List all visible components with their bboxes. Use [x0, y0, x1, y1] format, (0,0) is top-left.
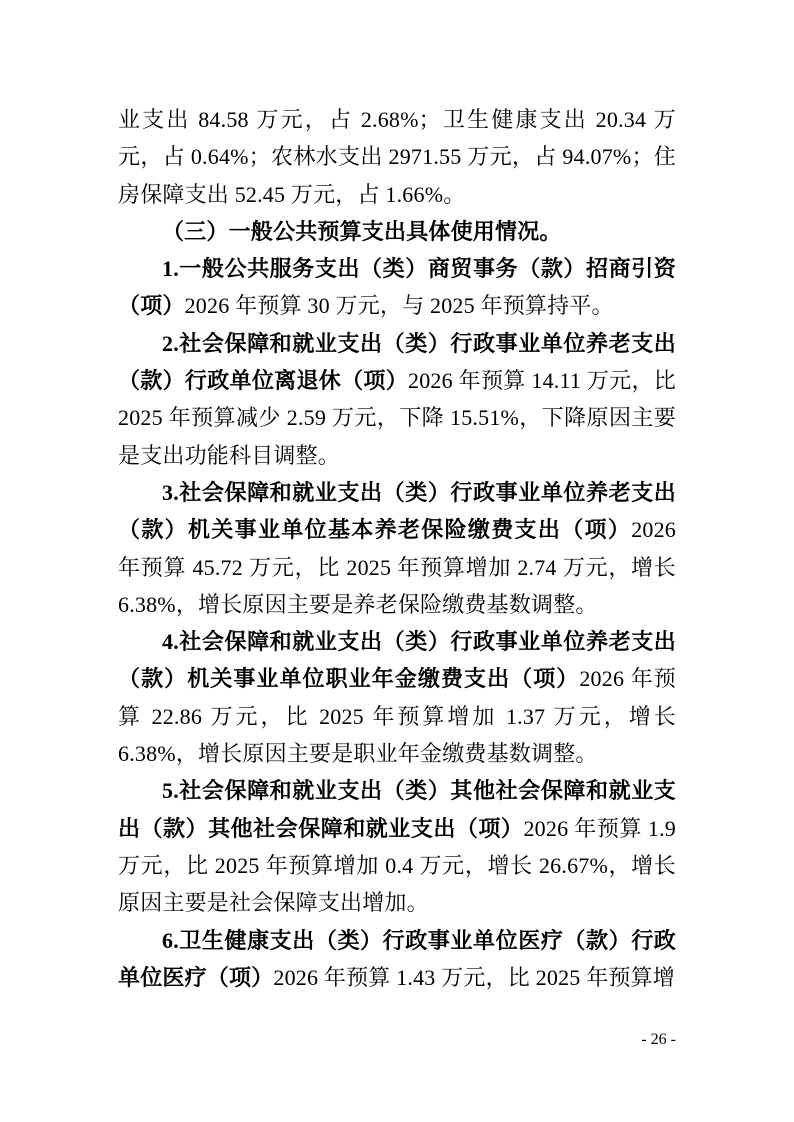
- paragraph-item-5: 5.社会保障和就业支出（类）其他社会保障和就业支出（款）其他社会保障和就业支出（…: [118, 772, 676, 921]
- paragraph-item-4: 4.社会保障和就业支出（类）行政事业单位养老支出（款）机关事业单位职业年金缴费支…: [118, 623, 676, 772]
- paragraph-carryover-expense-shares: 业支出 84.58 万元，占 2.68%；卫生健康支出 20.34 万元，占 0…: [118, 101, 676, 213]
- document-page: 业支出 84.58 万元，占 2.68%；卫生健康支出 20.34 万元，占 0…: [0, 0, 794, 1122]
- paragraph-item-1: 1.一般公共服务支出（类）商贸事务（款）招商引资（项）2026 年预算 30 万…: [118, 250, 676, 325]
- text-segment: 业支出 84.58 万元，占 2.68%；卫生健康支出 20.34 万元，占 0…: [118, 107, 676, 207]
- text-segment: 2026 年预算 30 万元，与 2025 年预算持平。: [185, 293, 614, 318]
- paragraph-item-3: 3.社会保障和就业支出（类）行政事业单位养老支出（款）机关事业单位基本养老保险缴…: [118, 474, 676, 623]
- bold-text-segment: （三）一般公共预算支出具体使用情况。: [162, 219, 562, 244]
- document-body: 业支出 84.58 万元，占 2.68%；卫生健康支出 20.34 万元，占 0…: [118, 101, 676, 996]
- text-segment: 2026 年预算 1.43 万元，比 2025 年预算增: [273, 965, 675, 990]
- paragraph-item-6: 6.卫生健康支出（类）行政事业单位医疗（款）行政单位医疗（项）2026 年预算 …: [118, 922, 676, 997]
- paragraph-section-heading: （三）一般公共预算支出具体使用情况。: [118, 213, 676, 250]
- page-number: - 26 -: [641, 1031, 676, 1049]
- bold-text-segment: 3.社会保障和就业支出（类）行政事业单位养老支出（款）机关事业单位基本养老保险缴…: [118, 480, 676, 542]
- paragraph-item-2: 2.社会保障和就业支出（类）行政事业单位养老支出（款）行政单位离退休（项）202…: [118, 325, 676, 474]
